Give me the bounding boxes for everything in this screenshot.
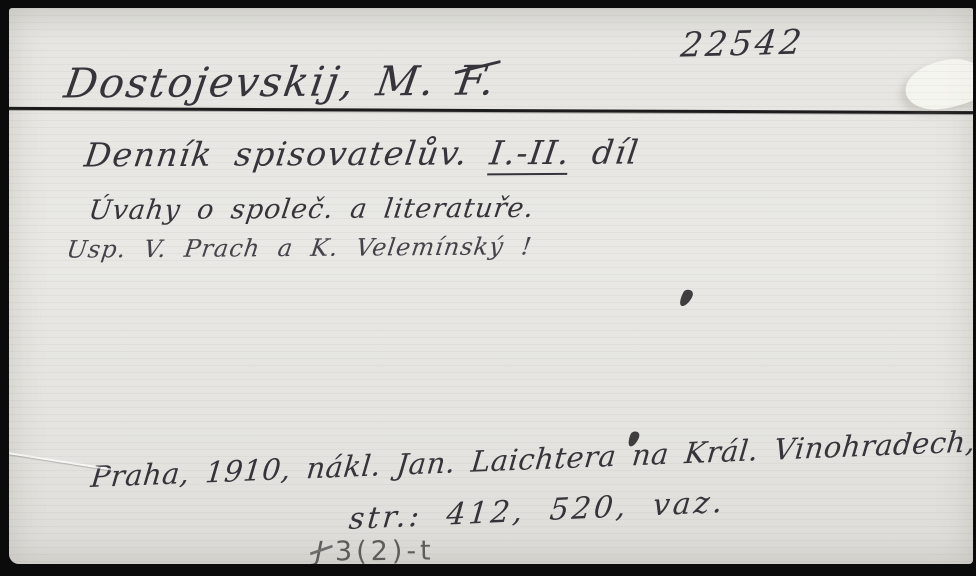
author-name: Dostojevskij, M. [61,57,460,108]
ruled-line [9,107,973,114]
imprint-line: Praha, 1910, nákl. Jan. Laichtera na Krá… [89,424,973,494]
pencil-shelfmark: J3(2)-t [309,535,449,564]
pencil-shelfmark-text: 3(2)-t [335,536,435,564]
subtitle-line: Úvahy o společ. a literatuře. [87,193,536,226]
author-heading: Dostojevskij, M. F. [61,56,500,107]
ink-blot [677,288,694,309]
worn-paper-patch [902,54,973,113]
scanned-catalog-card-image: 22542 Dostojevskij, M. F. Denník spisova… [0,0,976,576]
pencil-shelfmark-prefix-struck: J [312,536,330,564]
title-text: Denník spisovatelův. [82,133,493,174]
author-initial-struck: F. [453,56,499,104]
title-line: Denník spisovatelův. I.-II. díl [82,133,642,175]
collation-line: str.: 412, 520, vaz. [347,485,726,537]
title-suffix: díl [568,133,642,172]
catalog-card: 22542 Dostojevskij, M. F. Denník spisova… [9,8,973,564]
editors-line: Usp. V. Prach a K. Velemínský ! [65,232,534,263]
volume-numerals: I.-II. [487,133,573,175]
accession-number: 22542 [679,22,807,65]
